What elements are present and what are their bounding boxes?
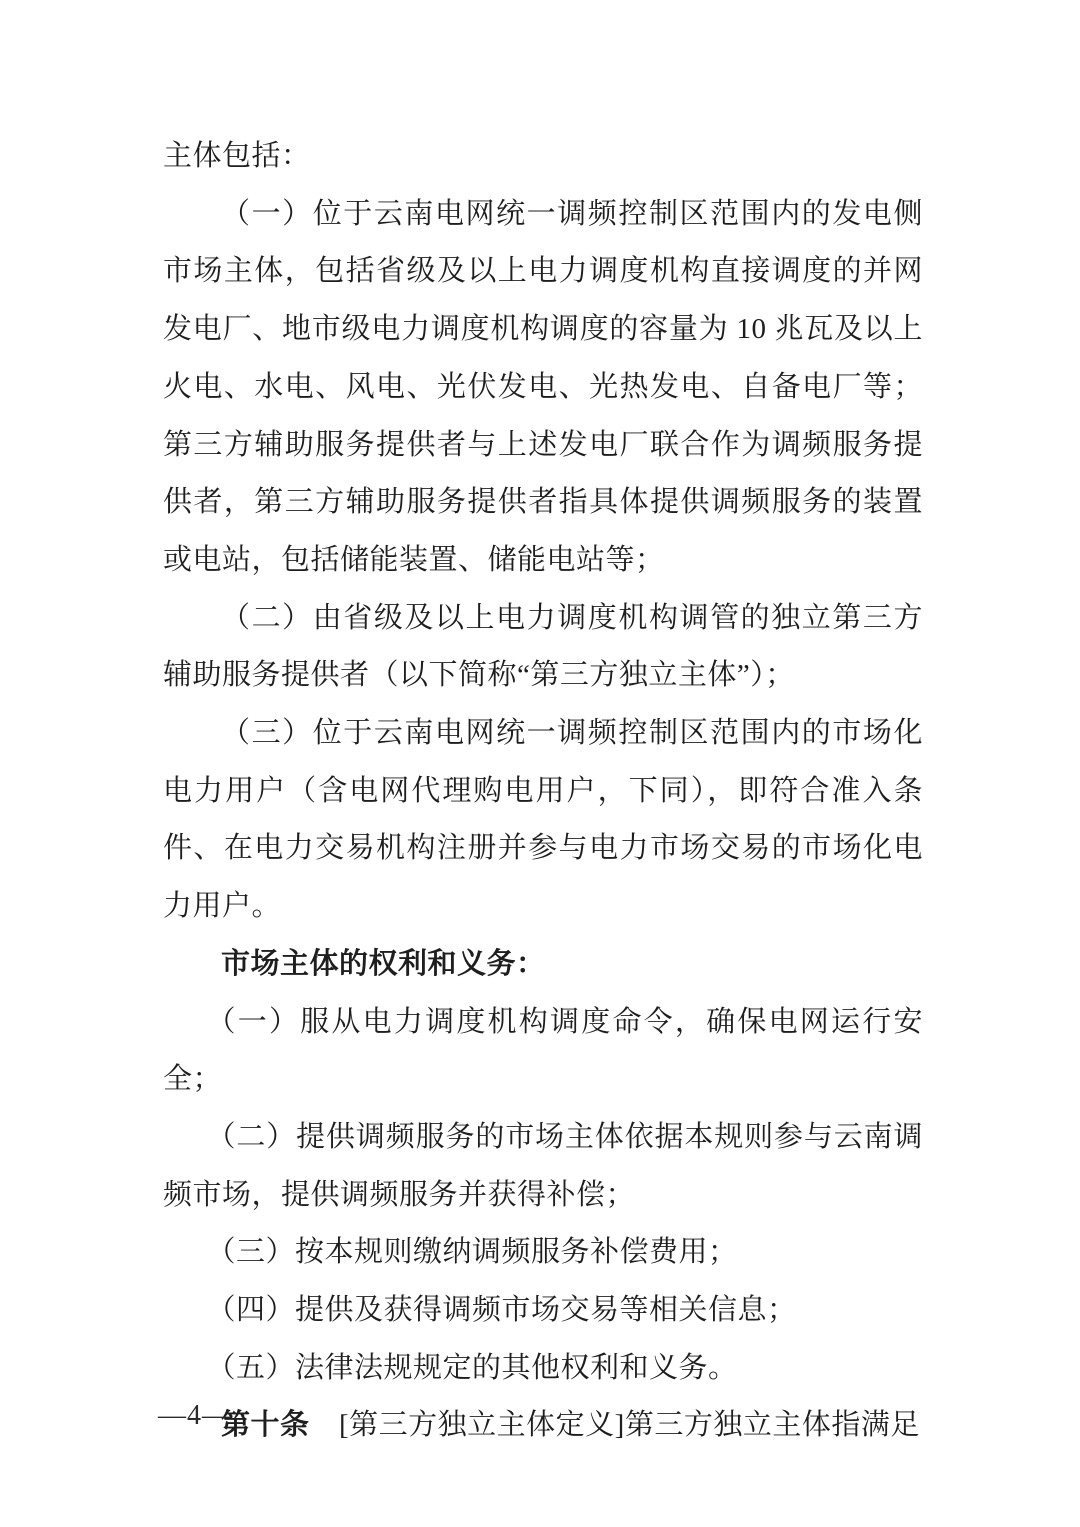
document-page: { "document": { "paragraphs": [ { "inden…	[0, 0, 1080, 1527]
paragraph: 第十条 [第三方独立主体定义]第三方独立主体指满足	[163, 1397, 923, 1455]
paragraph: （三）位于云南电网统一调频控制区范围内的市场化电力用户（含电网代理购电用户，下同…	[163, 705, 923, 936]
paragraph: 市场主体的权利和义务：	[163, 936, 923, 994]
text-run-bold: 市场主体的权利和义务：	[221, 948, 546, 980]
text-run: （三）位于云南电网统一调频控制区范围内的市场化电力用户（含电网代理购电用户，下同…	[163, 717, 923, 922]
page-number: —4—	[158, 1398, 231, 1434]
paragraph: （一）服从电力调度机构调度命令，确保电网运行安全；	[163, 994, 923, 1109]
text-run: （五）法律法规规定的其他权利和义务。	[207, 1352, 738, 1384]
text-run: （二）提供调频服务的市场主体依据本规则参与云南调频市场，提供调频服务并获得补偿；	[163, 1121, 923, 1211]
paragraph: （四）提供及获得调频市场交易等相关信息；	[163, 1282, 923, 1340]
text-run: 主体包括：	[163, 140, 311, 172]
text-run: （二）由省级及以上电力调度机构调管的独立第三方辅助服务提供者（以下简称“第三方独…	[163, 602, 923, 692]
text-run: [第三方独立主体定义]第三方独立主体指满足	[310, 1409, 920, 1441]
document-body: 主体包括：（一）位于云南电网统一调频控制区范围内的发电侧市场主体，包括省级及以上…	[163, 128, 923, 1455]
paragraph: （三）按本规则缴纳调频服务补偿费用；	[163, 1224, 923, 1282]
text-run: （一）服从电力调度机构调度命令，确保电网运行安全；	[163, 1006, 923, 1096]
paragraph: （二）由省级及以上电力调度机构调管的独立第三方辅助服务提供者（以下简称“第三方独…	[163, 590, 923, 705]
text-run: （三）按本规则缴纳调频服务补偿费用；	[207, 1236, 738, 1268]
paragraph: 主体包括：	[163, 128, 923, 186]
text-run-bold: 第十条	[221, 1409, 310, 1441]
text-run: （四）提供及获得调频市场交易等相关信息；	[207, 1294, 797, 1326]
paragraph: （二）提供调频服务的市场主体依据本规则参与云南调频市场，提供调频服务并获得补偿；	[163, 1109, 923, 1224]
text-run: （一）位于云南电网统一调频控制区范围内的发电侧市场主体，包括省级及以上电力调度机…	[163, 198, 923, 576]
paragraph: （一）位于云南电网统一调频控制区范围内的发电侧市场主体，包括省级及以上电力调度机…	[163, 186, 923, 590]
paragraph: （五）法律法规规定的其他权利和义务。	[163, 1340, 923, 1398]
